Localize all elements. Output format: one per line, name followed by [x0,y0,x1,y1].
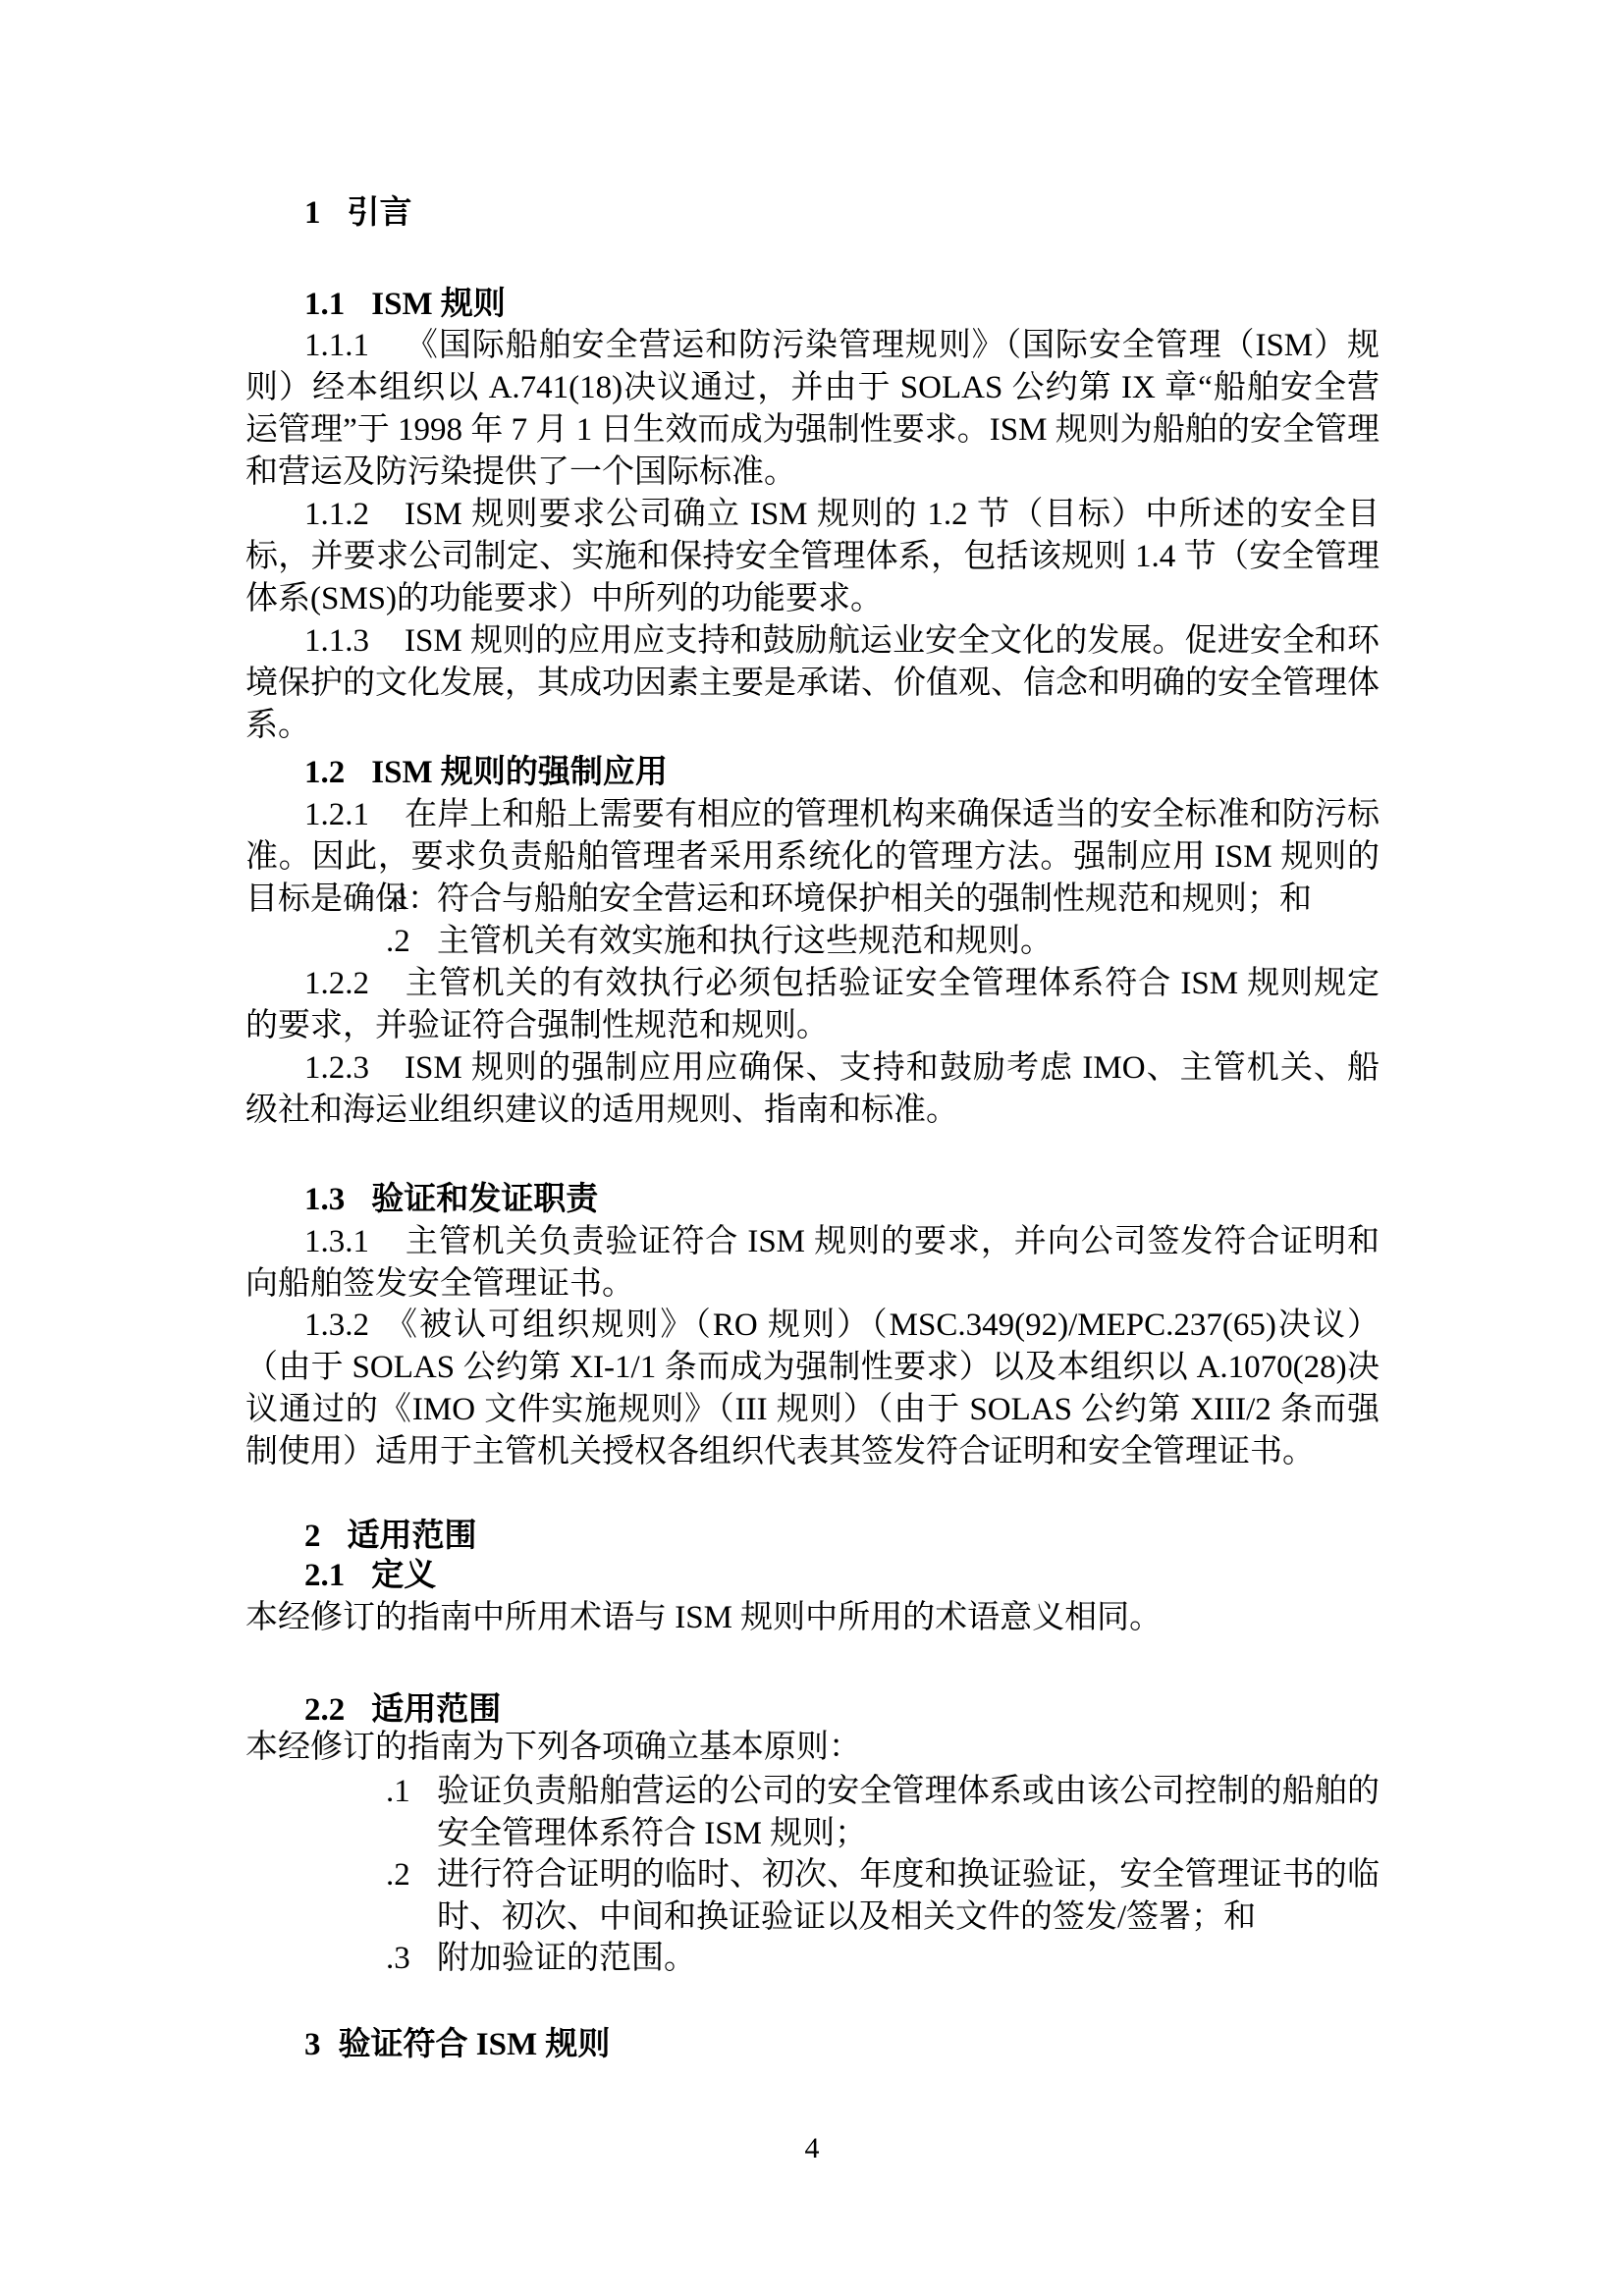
paragraph-text: ISM 规则要求公司确立 ISM 规则的 1.2 节（目标）中所述的安全目标，并… [245,497,1380,616]
section-number: 2.2 [304,1689,345,1732]
list-item: .1验证负责船舶营运的公司的安全管理体系或由该公司控制的船舶的安全管理体系符合 … [386,1771,1380,1855]
paragraph-text: ISM 规则的强制应用应确保、支持和鼓励考虑 IMO、主管机关、船级社和海运业组… [245,1050,1380,1128]
list-item: .1符合与船舶安全营运和环境保护相关的强制性规范和规则；和 [386,879,1380,921]
list-item: .3附加验证的范围。 [386,1938,1380,1980]
section-title: 适用范围 [371,1692,501,1728]
list-marker: .2 [386,921,437,963]
section-number: 1.1 [304,284,345,326]
paragraph-text: ISM 规则的应用应支持和鼓励航运业安全文化的发展。促进安全和环境保护的文化发展… [245,623,1380,743]
paragraph-number: 1.2.3 [304,1050,405,1086]
section-number: 2.1 [304,1555,345,1597]
section-title: 适用范围 [348,1519,477,1554]
paragraph-number: 1.2.2 [304,966,405,1001]
section-heading-2-1: 2.1定义 [304,1555,436,1597]
section-title: 验证和发证职责 [371,1182,598,1217]
paragraph-number: 1.1.2 [304,497,405,532]
paragraph-text: 《国际船舶安全营运和防污染管理规则》（国际安全管理（ISM）规则）经本组织以 A… [245,328,1380,490]
list-marker: .1 [386,1771,437,1855]
paragraph-number: 1.3.2 [304,1308,383,1343]
list-item-text: 附加验证的范围。 [437,1938,1380,1980]
paragraph-1-2-3: 1.2.3ISM 规则的强制应用应确保、支持和鼓励考虑 IMO、主管机关、船级社… [245,1047,1380,1132]
list-item-text: 进行符合证明的临时、初次、年度和换证验证，安全管理证书的临时、初次、中间和换证验… [437,1854,1380,1939]
section-heading-2: 2适用范围 [304,1516,477,1558]
paragraph-number: 1.1.1 [304,328,405,363]
section-number: 3 [304,2024,321,2066]
section-number: 1.2 [304,752,345,794]
list-item: .2主管机关有效实施和执行这些规范和规则。 [386,921,1380,963]
section-title: ISM 规则的强制应用 [371,755,668,790]
paragraph-1-2-2: 1.2.2主管机关的有效执行必须包括验证安全管理体系符合 ISM 规则规定的要求… [245,963,1380,1047]
paragraph-number: 1.2.1 [304,797,405,832]
list-marker: .3 [386,1938,437,1980]
paragraph-1-1-3: 1.1.3ISM 规则的应用应支持和鼓励航运业安全文化的发展。促进安全和环境保护… [245,620,1380,747]
list-item-text: 验证负责船舶营运的公司的安全管理体系或由该公司控制的船舶的安全管理体系符合 IS… [437,1771,1380,1855]
list-marker: .1 [386,879,437,921]
section-number: 1.3 [304,1179,345,1221]
paragraph-number: 1.1.3 [304,623,405,659]
paragraph-text: 《被认可组织规则》（RO 规则）（MSC.349(92)/MEPC.237(65… [245,1308,1380,1469]
paragraph-1-1-2: 1.1.2ISM 规则要求公司确立 ISM 规则的 1.2 节（目标）中所述的安… [245,494,1380,620]
section-heading-1-1: 1.1ISM 规则 [304,284,506,326]
section-number: 1 [304,192,321,235]
section-heading-1: 1引言 [304,192,412,235]
section-number: 2 [304,1516,321,1558]
section-title: 引言 [348,195,412,231]
section-title: ISM 规则 [371,287,506,322]
paragraph-number: 1.3.1 [304,1224,405,1259]
list-marker: .2 [386,1854,437,1939]
paragraph-1-1-1: 1.1.1《国际船舶安全营运和防污染管理规则》（国际安全管理（ISM）规则）经本… [245,325,1380,494]
section-heading-1-2: 1.2ISM 规则的强制应用 [304,752,668,794]
paragraph-text: 主管机关的有效执行必须包括验证安全管理体系符合 ISM 规则规定的要求，并验证符… [245,966,1380,1043]
document-page: 1引言 1.1ISM 规则 1.1.1《国际船舶安全营运和防污染管理规则》（国际… [0,0,1624,2296]
paragraph-text: 主管机关负责验证符合 ISM 规则的要求，并向公司签发符合证明和向船舶签发安全管… [245,1224,1380,1302]
paragraph-1-3-2: 1.3.2《被认可组织规则》（RO 规则）（MSC.349(92)/MEPC.2… [245,1305,1380,1473]
section-heading-2-2: 2.2适用范围 [304,1689,501,1732]
paragraph-2-2-intro: 本经修订的指南为下列各项确立基本原则： [245,1727,1380,1769]
list-item: .2进行符合证明的临时、初次、年度和换证验证，安全管理证书的临时、初次、中间和换… [386,1854,1380,1939]
paragraph-text: 本经修订的指南为下列各项确立基本原则： [245,1730,861,1765]
paragraph-text: 本经修订的指南中所用术语与 ISM 规则中所用的术语意义相同。 [245,1600,1162,1635]
paragraph-2-1: 本经修订的指南中所用术语与 ISM 规则中所用的术语意义相同。 [245,1597,1380,1639]
section-heading-3: 3验证符合 ISM 规则 [304,2024,610,2066]
section-heading-1-3: 1.3验证和发证职责 [304,1179,598,1221]
list-item-text: 主管机关有效实施和执行这些规范和规则。 [437,921,1380,963]
list-item-text: 符合与船舶安全营运和环境保护相关的强制性规范和规则；和 [437,879,1380,921]
paragraph-1-3-1: 1.3.1主管机关负责验证符合 ISM 规则的要求，并向公司签发符合证明和向船舶… [245,1221,1380,1306]
section-title: 定义 [371,1558,436,1593]
page-number: 4 [0,2127,1624,2169]
section-title: 验证符合 ISM 规则 [339,2027,611,2062]
